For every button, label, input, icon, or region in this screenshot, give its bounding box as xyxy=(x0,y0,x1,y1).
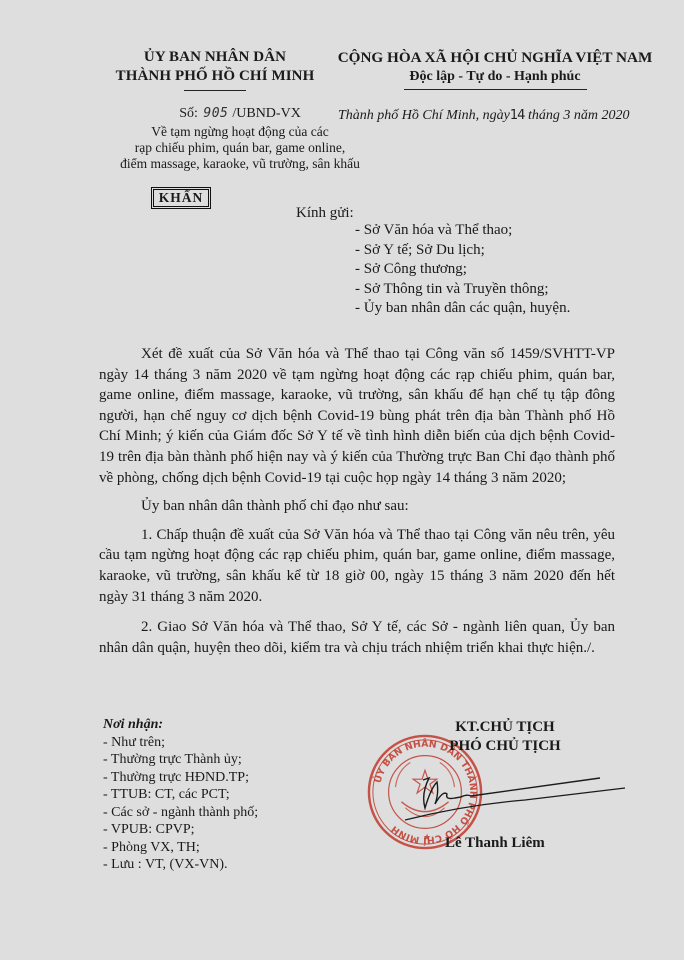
document-number: Số: 905/UBND-VX xyxy=(90,106,390,122)
national-title: CỘNG HÒA XÃ HỘI CHỦ NGHĨA VIỆT NAM xyxy=(325,48,665,67)
cc-list: Nơi nhận: - Như trên; - Thường trực Thàn… xyxy=(103,716,258,874)
cc-item: - TTUB: CT, các PCT; xyxy=(103,786,258,804)
subject-line: Về tạm ngừng hoạt động của các xyxy=(90,124,390,140)
cc-item: - Thường trực Thành ủy; xyxy=(103,751,258,769)
issuer-header: ỦY BAN NHÂN DÂN THÀNH PHỐ HỒ CHÍ MINH xyxy=(90,48,340,91)
issuer-name-line2: THÀNH PHỐ HỒ CHÍ MINH xyxy=(90,67,340,86)
date-suffix: tháng 3 năm 2020 xyxy=(524,108,629,123)
body-paragraph-directive: Ủy ban nhân dân thành phố chỉ đạo như sa… xyxy=(99,496,615,517)
cc-item: - VPUB: CPVP; xyxy=(103,821,258,839)
issuer-name-line1: ỦY BAN NHÂN DÂN xyxy=(90,48,340,67)
cc-item: - Thường trực HĐND.TP; xyxy=(103,769,258,787)
body-paragraph-item-2: 2. Giao Sở Văn hóa và Thể thao, Sở Y tế,… xyxy=(99,617,615,658)
issuer-underline xyxy=(184,90,246,91)
national-motto: Độc lập - Tự do - Hạnh phúc xyxy=(325,67,665,86)
urgent-stamp: KHẨN xyxy=(151,187,211,209)
cc-item: - Như trên; xyxy=(103,734,258,752)
document-body: Xét đề xuất của Sở Văn hóa và Thể thao t… xyxy=(99,344,615,658)
recipient-item: - Sở Y tế; Sở Du lịch; xyxy=(355,241,570,261)
signer-name: Lê Thanh Liêm xyxy=(445,835,545,852)
date-day-handwritten: 14 xyxy=(510,108,525,123)
subject-line: điểm massage, karaoke, vũ trường, sân kh… xyxy=(90,156,390,172)
cc-item: - Các sở - ngành thành phố; xyxy=(103,804,258,822)
document-subject: Về tạm ngừng hoạt động của các rạp chiếu… xyxy=(90,124,390,172)
recipient-item: - Sở Thông tin và Truyền thông; xyxy=(355,280,570,300)
recipient-item: - Ủy ban nhân dân các quận, huyện. xyxy=(355,299,570,319)
recipients-list: - Sở Văn hóa và Thể thao; - Sở Y tế; Sở … xyxy=(355,221,570,319)
signature-title-2: PHÓ CHỦ TỊCH xyxy=(430,737,580,756)
signature-title-1: KT.CHỦ TỊCH xyxy=(430,718,580,737)
body-paragraph-preamble: Xét đề xuất của Sở Văn hóa và Thể thao t… xyxy=(99,344,615,488)
cc-item: - Phòng VX, TH; xyxy=(103,839,258,857)
recipients-label: Kính gửi: xyxy=(296,205,354,222)
recipient-item: - Sở Công thương; xyxy=(355,260,570,280)
handwritten-signature-icon xyxy=(395,760,635,840)
body-paragraph-item-1: 1. Chấp thuận đề xuất của Sở Văn hóa và … xyxy=(99,525,615,607)
motto-underline xyxy=(404,89,587,90)
subject-line: rạp chiếu phim, quán bar, game online, xyxy=(90,140,390,156)
cc-title: Nơi nhận: xyxy=(103,716,258,734)
doc-number-value: 905 xyxy=(203,106,228,121)
doc-number-code: /UBND-VX xyxy=(232,106,300,121)
cc-item: - Lưu : VT, (VX-VN). xyxy=(103,856,258,874)
recipient-item: - Sở Văn hóa và Thể thao; xyxy=(355,221,570,241)
signature-block: KT.CHỦ TỊCH PHÓ CHỦ TỊCH xyxy=(430,718,580,756)
national-header: CỘNG HÒA XÃ HỘI CHỦ NGHĨA VIỆT NAM Độc l… xyxy=(325,48,665,90)
doc-number-label: Số: xyxy=(179,106,198,121)
